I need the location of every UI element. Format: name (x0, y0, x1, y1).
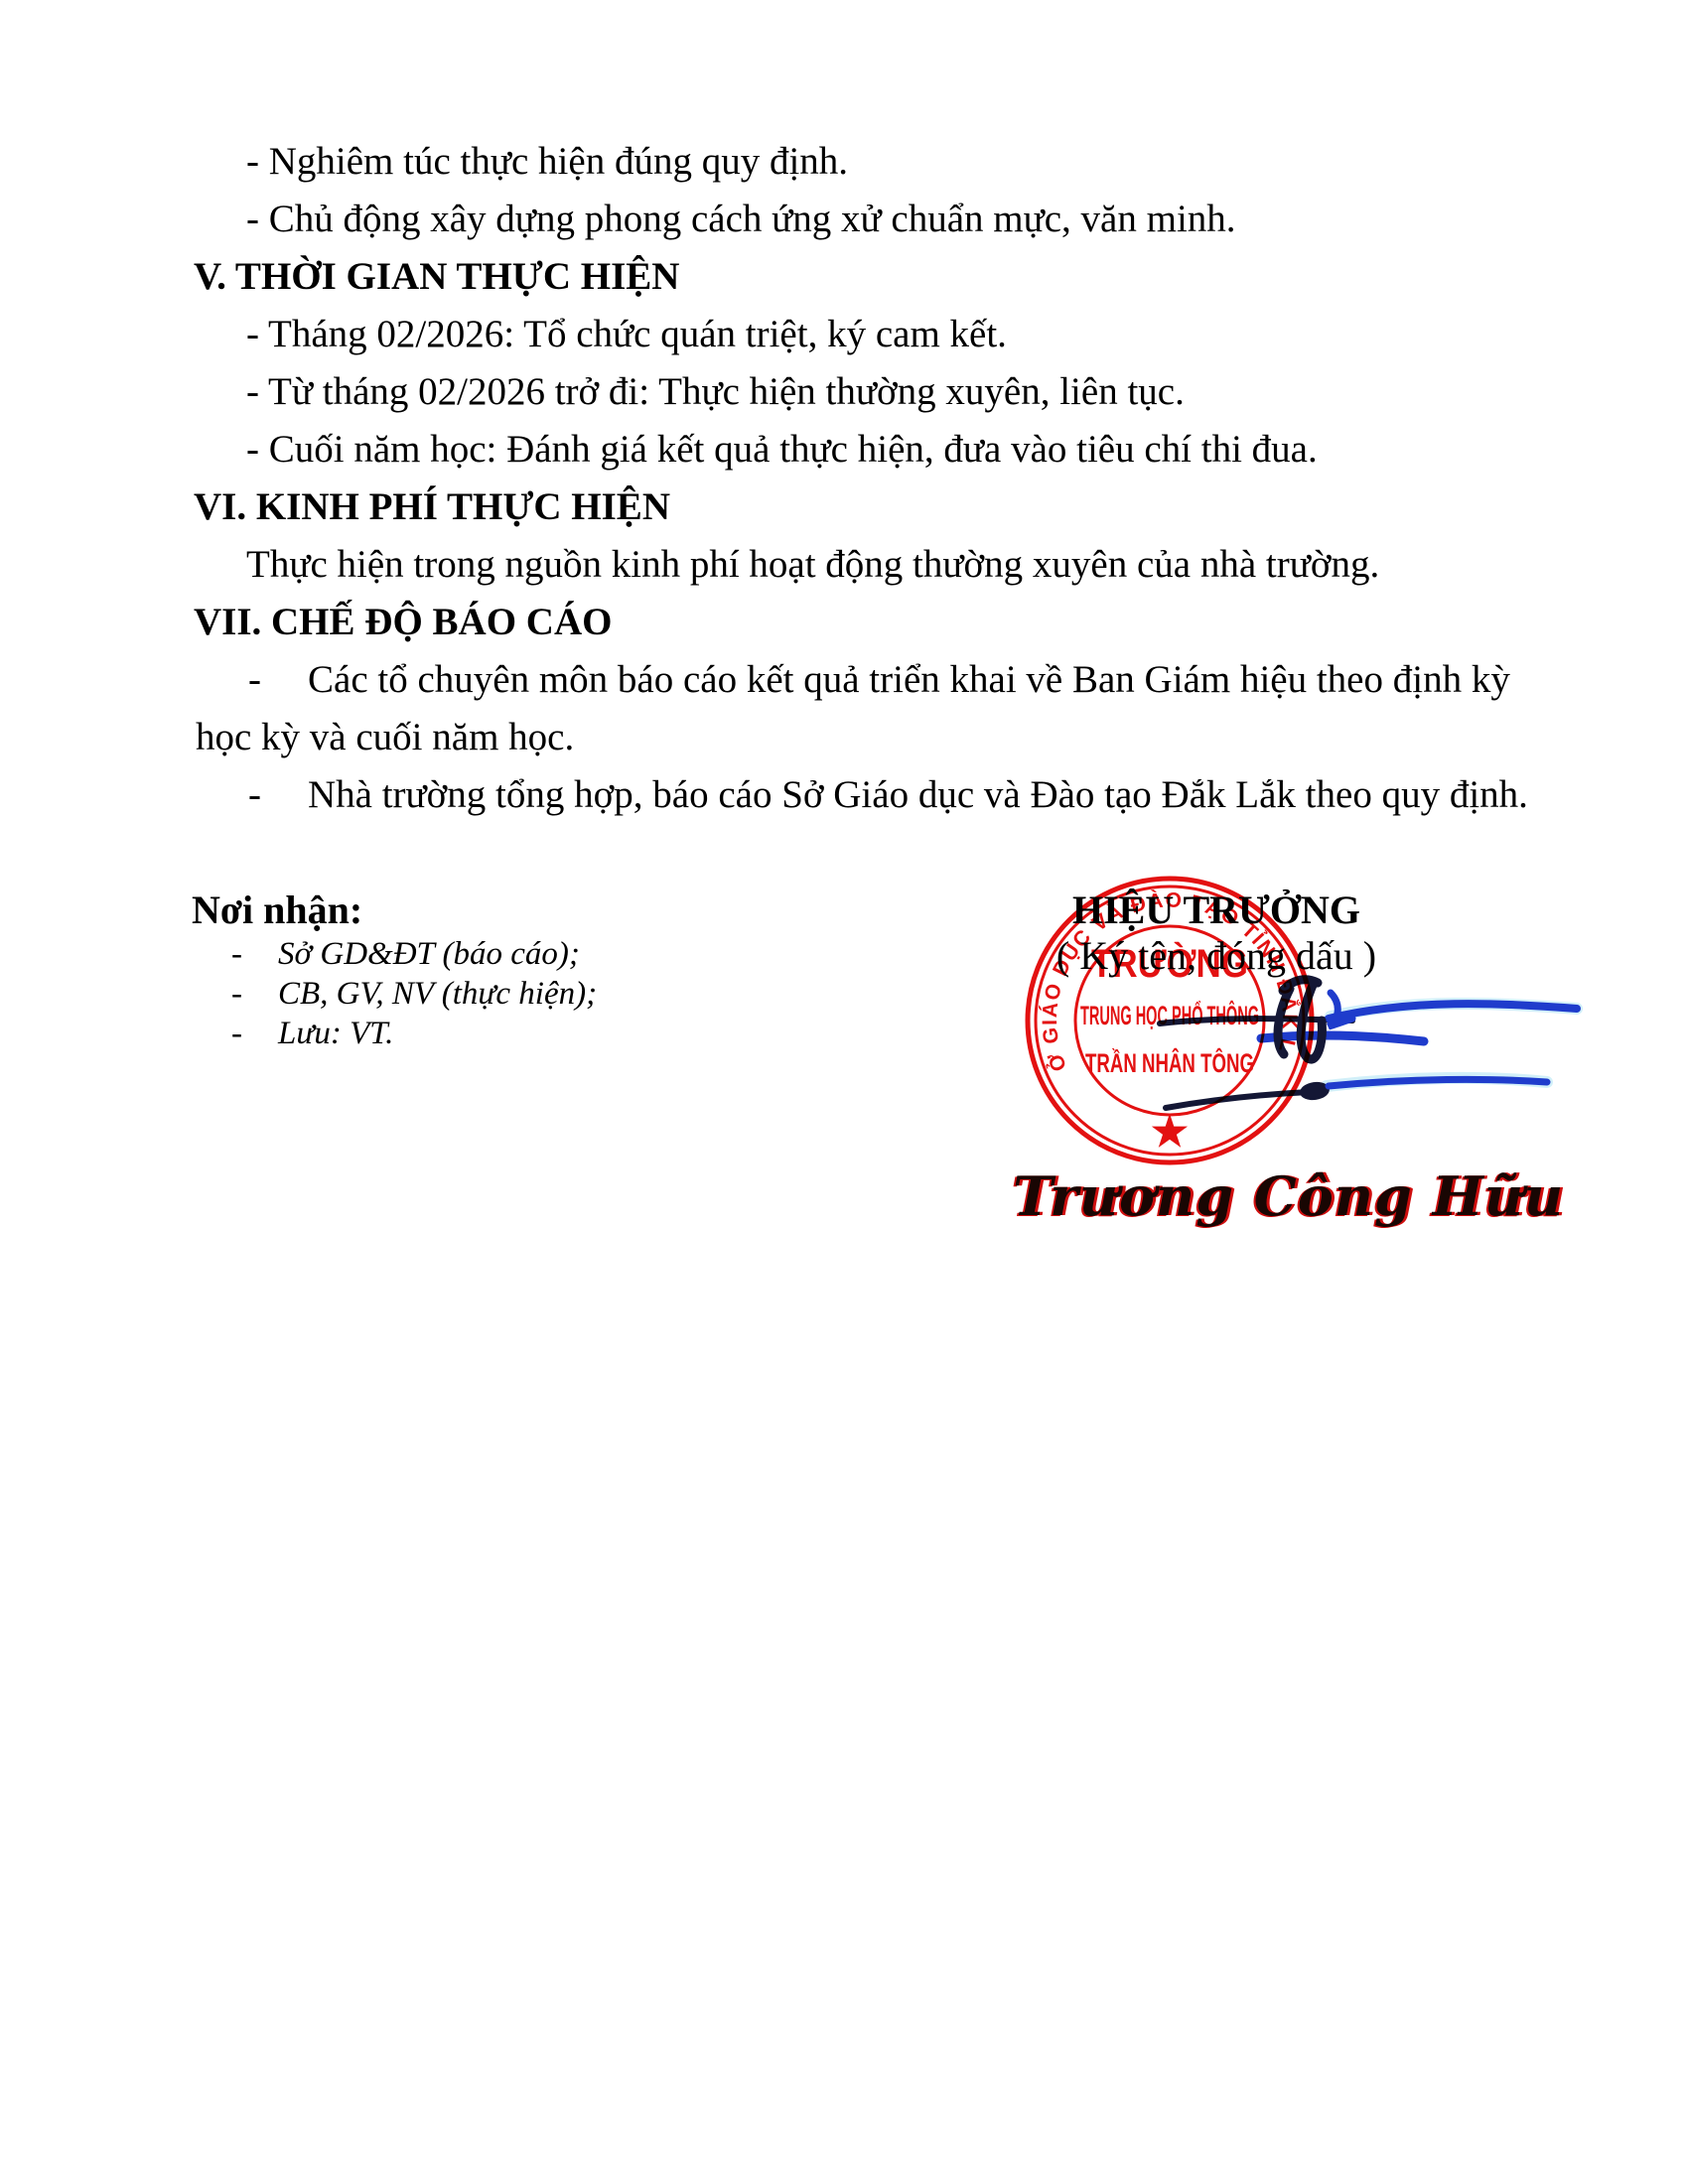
list-dash: - (248, 766, 308, 824)
signature-stroke-fringe (1327, 1004, 1577, 1086)
recipient-text: CB, GV, NV (thực hiện); (278, 976, 597, 1012)
body-line: Thực hiện trong nguồn kinh phí hoạt động… (194, 536, 1604, 594)
body-lines: - Nghiêm túc thực hiện đúng quy định.- C… (194, 133, 1604, 824)
body-line: - Tháng 02/2026: Tổ chức quán triệt, ký … (194, 306, 1604, 363)
section-heading: V. THỜI GIAN THỰC HIỆN (194, 248, 1604, 306)
list-dash: - (248, 651, 308, 709)
handwritten-signature (1043, 923, 1599, 1152)
list-dash: - (231, 1014, 278, 1053)
body-line-text: Các tổ chuyên môn báo cáo kết quả triển … (308, 658, 1510, 701)
recipient-item: -CB, GV, NV (thực hiện); (192, 974, 597, 1014)
recipients-title: Nơi nhận: (192, 887, 597, 934)
recipients-block: Nơi nhận: -Sở GD&ĐT (báo cáo);-CB, GV, N… (192, 887, 597, 1053)
signer-name: Trương Công Hữu (1013, 1160, 1440, 1233)
recipient-text: Lưu: VT. (278, 1016, 393, 1051)
list-dash: - (231, 974, 278, 1014)
body-line: -Nhà trường tổng hợp, báo cáo Sở Giáo dụ… (194, 766, 1604, 824)
recipients-list: -Sở GD&ĐT (báo cáo);-CB, GV, NV (thực hi… (192, 934, 597, 1053)
section-heading: VII. CHẾ ĐỘ BÁO CÁO (194, 594, 1604, 651)
list-dash: - (231, 934, 278, 974)
section-heading: VI. KINH PHÍ THỰC HIỆN (194, 478, 1604, 536)
recipient-item: -Lưu: VT. (192, 1014, 597, 1053)
recipient-text: Sở GD&ĐT (báo cáo); (278, 936, 580, 972)
body-line: - Từ tháng 02/2026 trở đi: Thực hiện thư… (194, 363, 1604, 421)
body-line: -Các tổ chuyên môn báo cáo kết quả triển… (194, 651, 1604, 709)
body-line-text: Nhà trường tổng hợp, báo cáo Sở Giáo dục… (308, 773, 1528, 816)
body-line: - Cuối năm học: Đánh giá kết quả thực hi… (194, 421, 1604, 478)
body-line: - Nghiêm túc thực hiện đúng quy định. (194, 133, 1604, 191)
body-line: - Chủ động xây dựng phong cách ứng xử ch… (194, 191, 1604, 248)
signature-stroke-dark-lower (1166, 1092, 1309, 1108)
recipient-item: -Sở GD&ĐT (báo cáo); (192, 934, 597, 974)
body-line: học kỳ và cuối năm học. (194, 709, 1604, 766)
signature-stroke-blue-short (1261, 1035, 1424, 1041)
document-page: - Nghiêm túc thực hiện đúng quy định.- C… (0, 0, 1688, 2184)
